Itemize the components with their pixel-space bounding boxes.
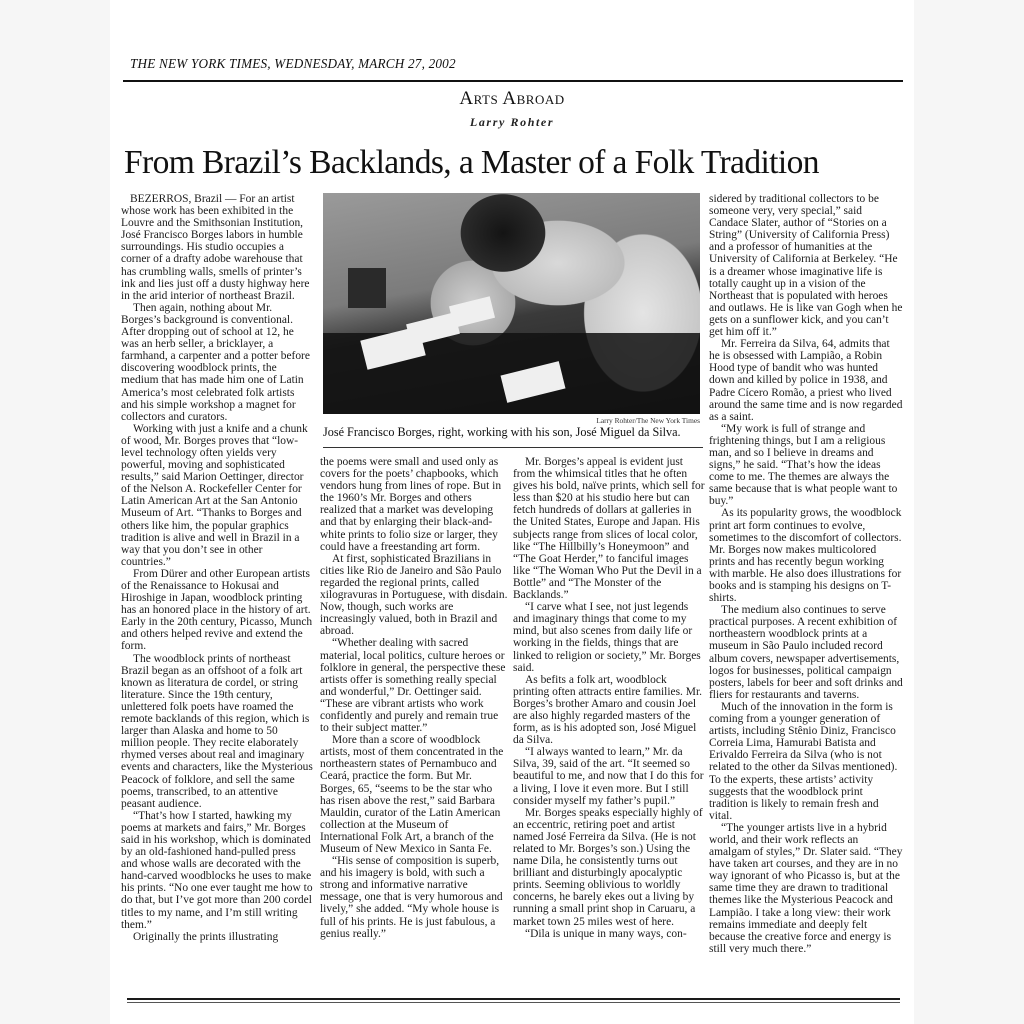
paragraph: At first, sophisticated Brazilians in ci… (320, 553, 508, 638)
paragraph: BEZERROS, Brazil — For an artist whose w… (121, 193, 313, 302)
footer-rule (127, 998, 900, 1000)
paragraph: The medium also continues to serve pract… (709, 604, 903, 701)
photo-caption: José Francisco Borges, right, working wi… (323, 425, 723, 440)
paragraph: Then again, nothing about Mr. Borges’s b… (121, 302, 313, 423)
woodblock (449, 296, 495, 328)
paragraph: “That’s how I started, hawking my poems … (121, 810, 313, 931)
paragraph: More than a score of woodblock artists, … (320, 734, 508, 855)
paragraph: the poems were small and used only as co… (320, 456, 508, 553)
header-rule (123, 80, 903, 82)
dateline: THE NEW YORK TIMES, WEDNESDAY, MARCH 27,… (130, 56, 456, 72)
photo-credit: Larry Rohter/The New York Times (323, 416, 700, 425)
paragraph: “My work is full of strange and frighten… (709, 423, 903, 508)
paragraph: “I always wanted to learn,” Mr. da Silva… (513, 746, 705, 806)
press-vise (348, 268, 386, 308)
paragraph: Working with just a knife and a chunk of… (121, 423, 313, 568)
paragraph: Mr. Borges speaks especially highly of a… (513, 807, 705, 928)
paragraph: As its popularity grows, the woodblock p… (709, 507, 903, 604)
article-photo (323, 193, 700, 414)
article-column-1: BEZERROS, Brazil — For an artist whose w… (121, 193, 313, 943)
paragraph: As befits a folk art, woodblock printing… (513, 674, 705, 747)
paragraph: sidered by traditional collectors to be … (709, 193, 903, 338)
byline: Larry Rohter (110, 115, 914, 130)
paragraph: “The younger artists live in a hybrid wo… (709, 822, 903, 955)
section-kicker: Arts Abroad (110, 88, 914, 110)
paragraph: “His sense of composition is superb, and… (320, 855, 508, 940)
article-column-2: the poems were small and used only as co… (320, 456, 508, 940)
paragraph: Much of the innovation in the form is co… (709, 701, 903, 822)
caption-rule (323, 447, 703, 448)
paragraph: Mr. Borges’s appeal is evident just from… (513, 456, 705, 601)
paragraph: “I carve what I see, not just legends an… (513, 601, 705, 674)
article-column-4: sidered by traditional collectors to be … (709, 193, 903, 955)
headline: From Brazil’s Backlands, a Master of a F… (124, 143, 904, 183)
paragraph: “Dila is unique in many ways, con- (513, 928, 705, 940)
paragraph: The woodblock prints of northeast Brazil… (121, 653, 313, 810)
article-column-3: Mr. Borges’s appeal is evident just from… (513, 456, 705, 940)
paragraph: “Whether dealing with sacred material, l… (320, 637, 508, 734)
paragraph: From Dürer and other European artists of… (121, 568, 313, 653)
paragraph: Mr. Ferreira da Silva, 64, admits that h… (709, 338, 903, 423)
footer-rule-thin (127, 1002, 900, 1003)
newspaper-clipping: THE NEW YORK TIMES, WEDNESDAY, MARCH 27,… (110, 0, 914, 1024)
paragraph: Originally the prints illustrating (121, 931, 313, 943)
